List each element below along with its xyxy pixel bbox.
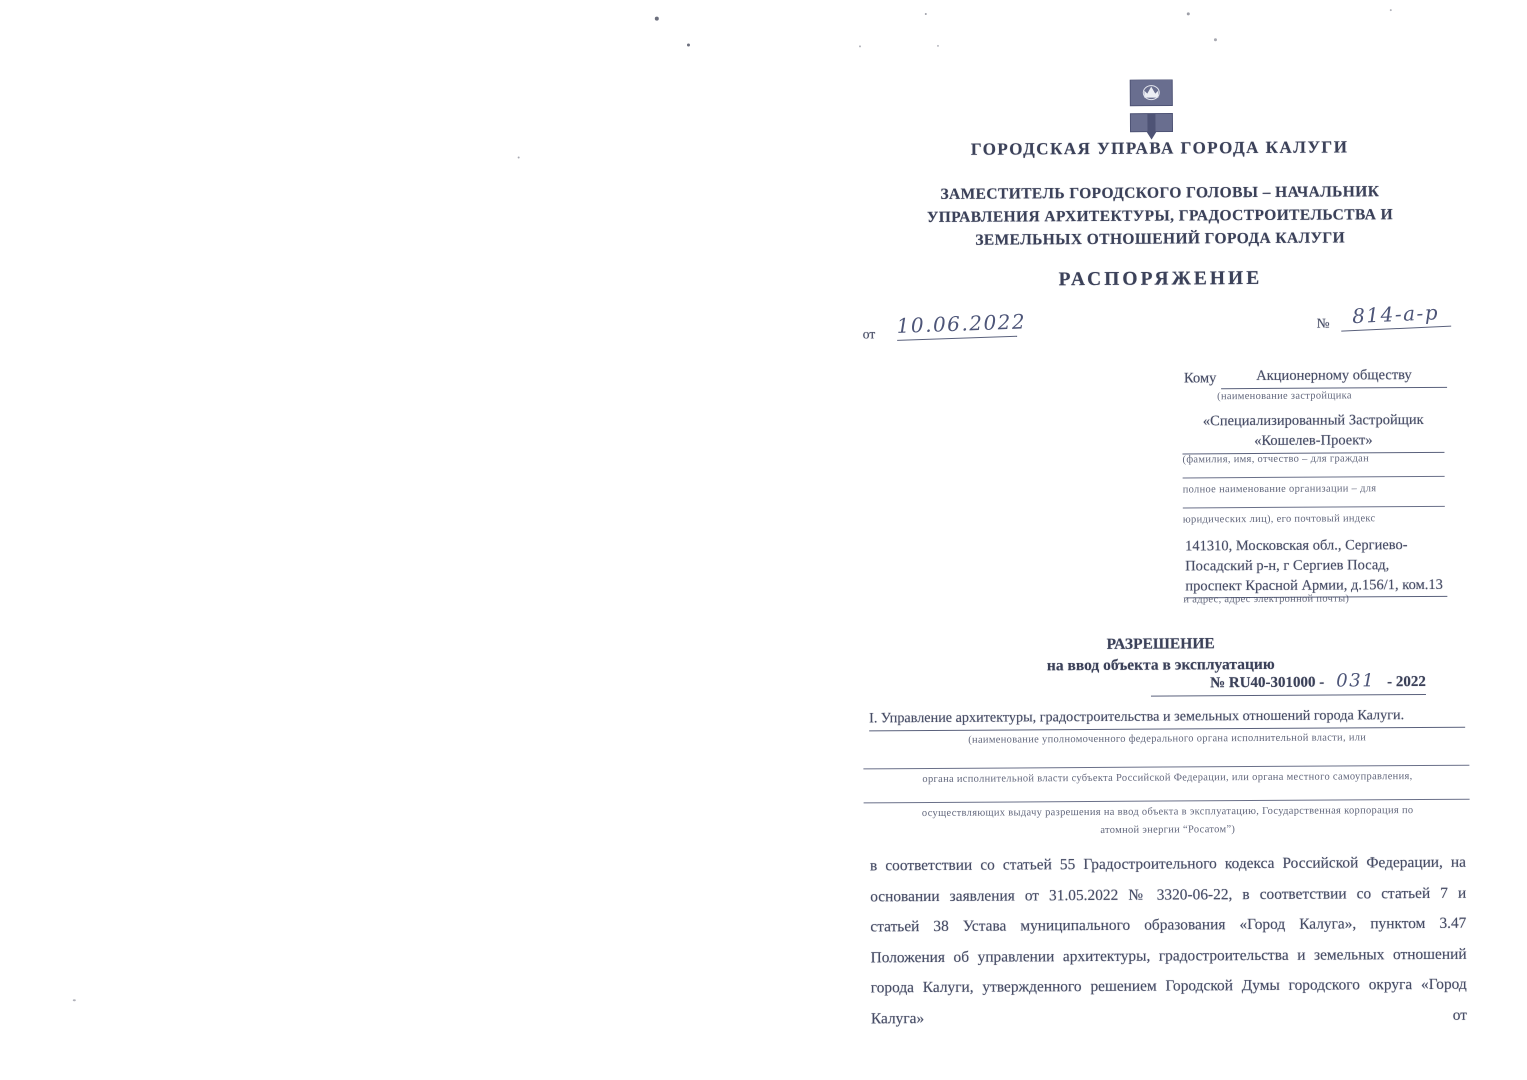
official-title-line: УПРАВЛЕНИЯ АРХИТЕКТУРЫ, ГРАДОСТРОИТЕЛЬСТ… [878, 203, 1442, 229]
blank-line [1183, 476, 1445, 479]
scan-speck [1214, 38, 1217, 41]
date-handwritten-value: 10.06.2022 [896, 310, 1017, 341]
blank-line [863, 765, 1469, 770]
scan-speck [925, 13, 927, 15]
section1-hint4: атомной энергии “Росатом”) [870, 823, 1466, 838]
permit-number: № RU40-301000 - 031 - 2022 [1151, 670, 1426, 697]
org-name: ГОРОДСКАЯ УПРАВА ГОРОДА КАЛУГИ [898, 137, 1422, 160]
scan-speck [1187, 12, 1190, 15]
date-label: от [863, 326, 876, 342]
number-label: № [1317, 316, 1330, 332]
official-title: ЗАМЕСТИТЕЛЬ ГОРОДСКОГО ГОЛОВЫ – НАЧАЛЬНИ… [878, 180, 1442, 252]
addressee-to-label: Кому [1184, 368, 1216, 388]
scan-speck [518, 156, 520, 158]
section1-authority-name: I. Управление архитектуры, градостроител… [869, 707, 1465, 732]
hint-org1: полное наименование организации – для [1183, 483, 1377, 495]
official-title-line: ЗЕМЕЛЬНЫХ ОТНОШЕНИЙ ГОРОДА КАЛУГИ [878, 226, 1442, 252]
kaluga-coat-of-arms-icon [1127, 79, 1175, 139]
body-paragraph: в соответствии со статьей 55 Градостроит… [870, 848, 1467, 1035]
blank-line [864, 799, 1470, 804]
section1-hint1: (наименование уполномоченного федерально… [869, 732, 1465, 747]
scan-speck [73, 999, 76, 1001]
builder-address: 141310, Московская обл., Сергиево- Посад… [1185, 535, 1455, 599]
addressee-to-value: Акционерному обществу [1221, 365, 1447, 389]
builder-name-line1: «Специализированный Застройщик [1182, 410, 1444, 432]
permit-number-handwritten: 031 [1328, 670, 1383, 691]
scan-speck [1390, 9, 1392, 11]
builder-name-line2: «Кошелев-Проект» [1182, 430, 1444, 455]
scan-speck [655, 17, 659, 21]
scan-speck [859, 45, 861, 47]
builder-name: «Специализированный Застройщик «Кошелев-… [1182, 410, 1444, 455]
permit-number-prefix: № RU40-301000 - [1210, 675, 1324, 692]
hint-builder-name: (наименование застройщика [1217, 390, 1352, 402]
permit-number-suffix: - 2022 [1387, 674, 1426, 690]
scan-speck [937, 45, 939, 47]
scan-speck [687, 43, 690, 46]
section1-hint2: органа исполнительной власти субъекта Ро… [869, 771, 1465, 786]
address-line: 141310, Московская обл., Сергиево- [1185, 535, 1455, 557]
doc-type-title: РАСПОРЯЖЕНИЕ [898, 267, 1422, 292]
number-handwritten-value: 814-а-р [1340, 300, 1451, 332]
permit-title-line1: РАЗРЕШЕНИЕ [961, 632, 1361, 655]
section1-hint3: осуществляющих выдачу разрешения на ввод… [870, 805, 1466, 820]
hint-address: и адрес, адрес электронной почты) [1183, 593, 1349, 605]
scanned-document-page: ГОРОДСКАЯ УПРАВА ГОРОДА КАЛУГИ ЗАМЕСТИТЕ… [0, 0, 1527, 1080]
blank-line [1183, 506, 1445, 509]
hint-org2: юридических лиц), его почтовый индекс [1183, 513, 1376, 525]
hint-person: (фамилия, имя, отчество – для граждан [1182, 453, 1369, 465]
address-line: Посадский р-н, г Сергиев Посад, [1185, 555, 1455, 577]
official-title-line: ЗАМЕСТИТЕЛЬ ГОРОДСКОГО ГОЛОВЫ – НАЧАЛЬНИ… [878, 180, 1442, 206]
